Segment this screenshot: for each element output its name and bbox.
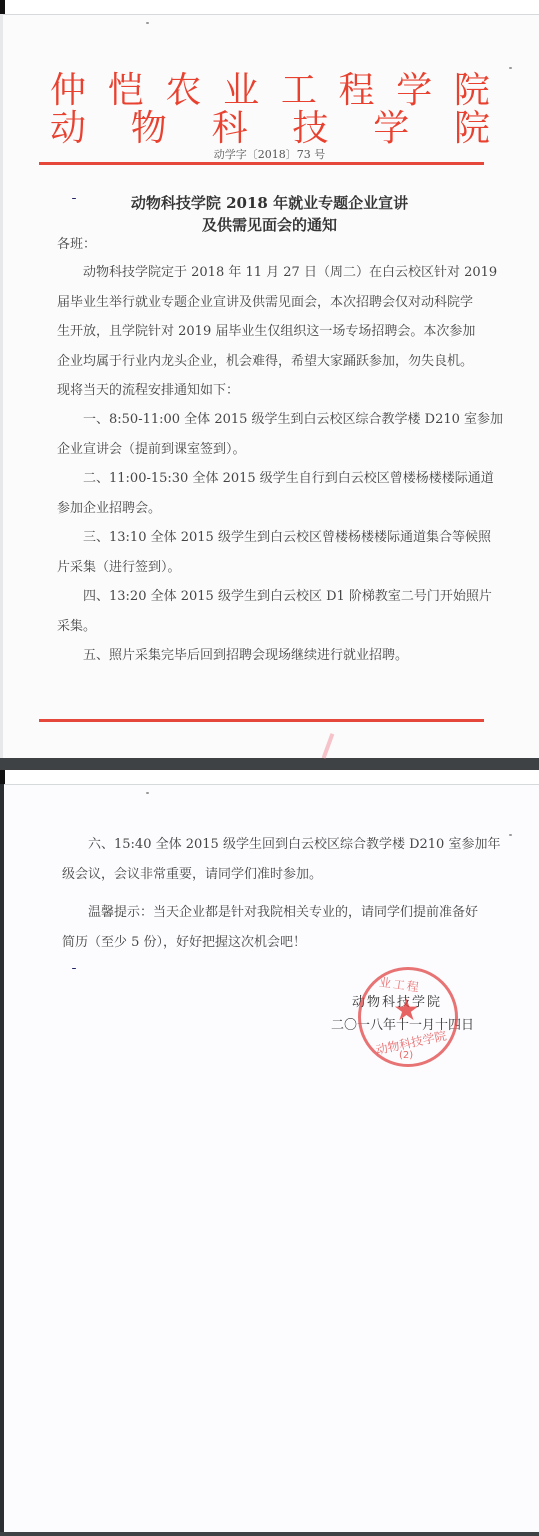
- intro-line: 现将当天的流程安排通知如下：: [57, 376, 457, 406]
- footer-red-rule: [39, 719, 484, 722]
- scan-speck: [146, 22, 149, 24]
- schedule-item-5: 五、照片采集完毕后回到招聘会现场继续进行就业招聘。: [57, 641, 457, 671]
- scan-edge-shade: [0, 784, 4, 1532]
- masthead-college-name: 动 物 科 技 学 院: [50, 110, 490, 148]
- masthead-char: 科: [212, 110, 248, 148]
- reminder-line: 温馨提示：当天企业都是针对我院相关专业的，请同学们提前准备好: [62, 898, 462, 928]
- schedule-item-4-cont: 采集。: [57, 612, 457, 642]
- scan-top-strip: [0, 0, 539, 15]
- schedule-item-6-cont: 级会议，会议非常重要，请同学们准时参加。: [62, 860, 462, 890]
- document-page-1: 仲 恺 农 业 工 程 学 院 动 物 科 技 学 院 动学字〔2018〕73 …: [0, 0, 539, 758]
- intro-paragraph: 动物科技学院定于 2018 年 11 月 27 日（周二）在白云校区针对 201…: [57, 258, 457, 406]
- notice-title-line-1: 动物科技学院 2018 年就业专题企业宣讲: [0, 192, 539, 213]
- scan-speck: [72, 968, 76, 969]
- intro-line: 企业均属于行业内龙头企业，机会难得，希望大家踊跃参加，勿失良机。: [57, 347, 457, 377]
- seal-number: (2): [399, 1050, 413, 1061]
- masthead-char: 仲: [50, 72, 86, 110]
- scan-edge-mark: [0, 0, 5, 14]
- masthead-char: 程: [339, 72, 375, 110]
- reminder-block: 温馨提示：当天企业都是针对我院相关专业的，请同学们提前准备好 简历（至少 5 份…: [62, 898, 462, 957]
- scan-speck: [509, 834, 512, 836]
- schedule-item-3-cont: 片采集（进行签到）。: [57, 553, 457, 583]
- reminder-line: 简历（至少 5 份），好好把握这次机会吧！: [62, 928, 462, 958]
- intro-line: 生开放，且学院针对 2019 届毕业生仅组织这一场专场招聘会。本次参加: [57, 317, 457, 347]
- masthead-char: 工: [281, 72, 317, 110]
- masthead-char: 业: [223, 72, 259, 110]
- salutation: 各班：: [57, 230, 457, 260]
- schedule-item-4: 四、13:20 全体 2015 级学生到白云校区 D1 阶梯教室二号门开始照片: [57, 582, 457, 612]
- intro-line: 动物科技学院定于 2018 年 11 月 27 日（周二）在白云校区针对 201…: [57, 258, 457, 288]
- masthead-char: 学: [373, 110, 409, 148]
- intro-line: 届毕业生举行就业专题企业宣讲及供需见面会，本次招聘会仅对动科院学: [57, 288, 457, 318]
- schedule-item-6-block: 六、15:40 全体 2015 级学生回到白云校区综合教学楼 D210 室参加年…: [62, 830, 462, 889]
- document-number: 动学字〔2018〕73 号: [0, 146, 539, 162]
- scan-edge-shade: [0, 14, 3, 758]
- masthead-red-rule: [39, 162, 484, 165]
- masthead-char: 恺: [108, 72, 144, 110]
- schedule-list: 一、8:50-11:00 全体 2015 级学生到白云校区综合教学楼 D210 …: [57, 405, 457, 671]
- star-icon: ★: [393, 996, 420, 1026]
- stamp-residue-mark: [322, 733, 335, 759]
- schedule-item-2: 二、11:00-15:30 全体 2015 级学生自行到白云校区曾楼杨楼楼际通道: [57, 464, 457, 494]
- masthead-char: 农: [165, 72, 201, 110]
- masthead-char: 动: [50, 110, 86, 148]
- masthead-char: 技: [292, 110, 328, 148]
- scan-speck: [509, 67, 512, 69]
- schedule-item-1: 一、8:50-11:00 全体 2015 级学生到白云校区综合教学楼 D210 …: [57, 405, 457, 435]
- scan-top-strip: [0, 770, 539, 785]
- schedule-item-6: 六、15:40 全体 2015 级学生回到白云校区综合教学楼 D210 室参加年: [62, 830, 462, 860]
- schedule-item-3: 三、13:10 全体 2015 级学生到白云校区曾楼杨楼楼际通道集合等候照: [57, 523, 457, 553]
- masthead-char: 院: [454, 72, 490, 110]
- document-page-2: 六、15:40 全体 2015 级学生回到白云校区综合教学楼 D210 室参加年…: [0, 770, 539, 1532]
- masthead-char: 物: [131, 110, 167, 148]
- schedule-item-1-cont: 企业宣讲会（提前到课室签到）。: [57, 435, 457, 465]
- masthead-char: 学: [396, 72, 432, 110]
- schedule-item-2-cont: 参加企业招聘会。: [57, 494, 457, 524]
- official-seal: 业工程 ★ 动物科技学院 (2): [358, 967, 458, 1067]
- scan-speck: [146, 792, 149, 794]
- scan-edge-mark: [0, 770, 5, 784]
- masthead-char: 院: [454, 110, 490, 148]
- masthead-university-name: 仲 恺 农 业 工 程 学 院: [50, 72, 490, 110]
